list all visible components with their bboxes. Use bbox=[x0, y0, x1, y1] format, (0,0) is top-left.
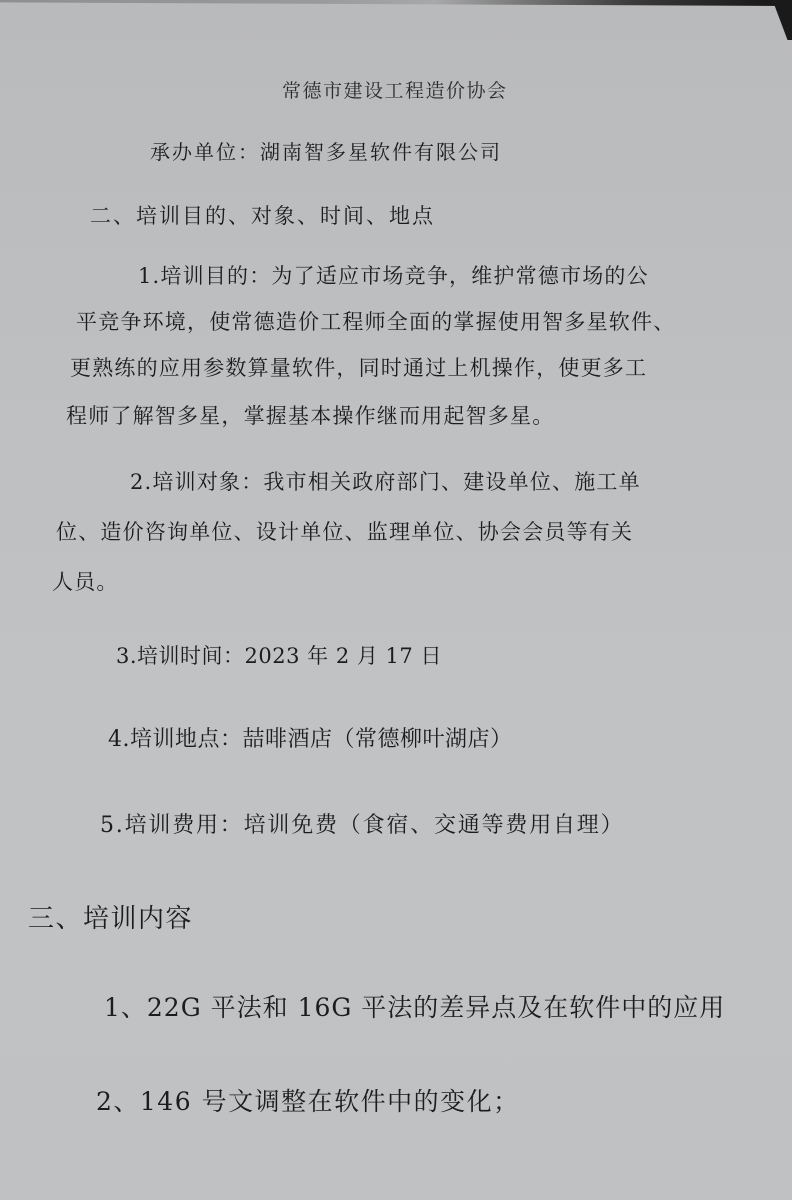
training-fee-value: 培训免费（食宿、交通等费用自理） bbox=[244, 813, 625, 838]
purpose-line-4: 程师了解智多星，掌握基本操作继而用起智多星。 bbox=[66, 400, 554, 430]
paper-corner-shadow bbox=[762, 0, 792, 40]
training-location-value: 喆啡酒店（常德柳叶湖店） bbox=[243, 727, 513, 752]
organizer-line: 承办单位：湖南智多星软件有限公司 bbox=[150, 136, 502, 165]
training-fee: 5.培训费用：培训免费（食宿、交通等费用自理） bbox=[100, 808, 624, 839]
paper-top-edge-shadow bbox=[0, 0, 792, 6]
organizer-label: 承办单位： bbox=[150, 140, 260, 164]
association-title: 常德市建设工程造价协会 bbox=[282, 76, 508, 103]
content-item-2: 2、146 号文调整在软件中的变化； bbox=[96, 1082, 520, 1118]
training-fee-label: 5.培训费用： bbox=[100, 813, 244, 838]
audience-line-3: 人员。 bbox=[52, 566, 119, 596]
content-item-1: 1、22G 平法和 16G 平法的差异点及在软件中的应用 bbox=[104, 988, 725, 1024]
organizer-value: 湖南智多星软件有限公司 bbox=[260, 140, 502, 164]
audience-line-1: 2.培训对象：我市相关政府部门、建设单位、施工单 bbox=[130, 466, 641, 496]
section-2-heading: 二、培训目的、对象、时间、地点 bbox=[90, 200, 435, 230]
training-time-value: 2023 年 2 月 17 日 bbox=[245, 644, 442, 668]
purpose-line-3: 更熟练的应用参数算量软件，同时通过上机操作，使更多工 bbox=[70, 352, 647, 382]
purpose-line-1: 1.培训目的：为了适应市场竞争，维护常德市场的公 bbox=[138, 260, 649, 290]
training-location-label: 4.培训地点： bbox=[108, 727, 243, 752]
training-location: 4.培训地点：喆啡酒店（常德柳叶湖店） bbox=[108, 722, 513, 753]
training-time: 3.培训时间：2023 年 2 月 17 日 bbox=[116, 640, 442, 670]
purpose-line-2: 平竞争环境，使常德造价工程师全面的掌握使用智多星软件、 bbox=[76, 306, 675, 336]
section-3-heading: 三、培训内容 bbox=[28, 898, 193, 935]
training-time-label: 3.培训时间： bbox=[116, 644, 245, 668]
audience-line-2: 位、造价咨询单位、设计单位、监理单位、协会会员等有关 bbox=[56, 516, 633, 546]
